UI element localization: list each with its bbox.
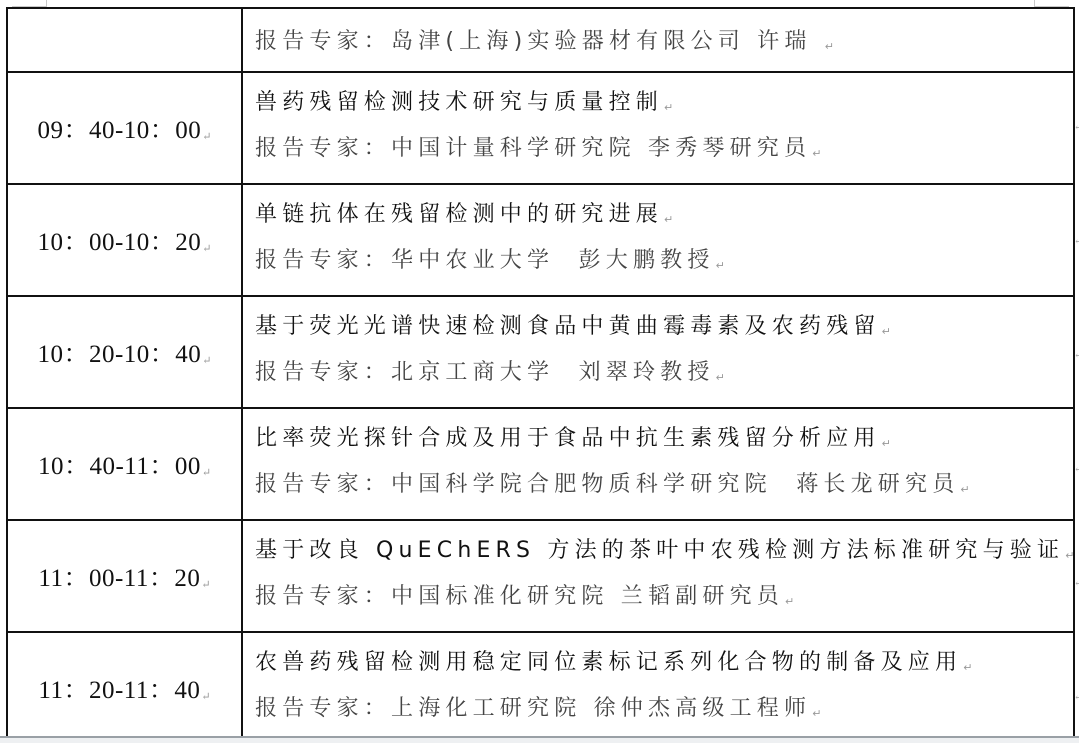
speaker-line: 报告专家：岛津(上海)实验器材有限公司 许瑞 ↵ — [255, 27, 1073, 57]
speaker-line: 报告专家：中国计量科学研究院 李秀琴研究员↵ — [255, 134, 1073, 164]
paragraph-mark-icon: ↵ — [202, 243, 211, 255]
talk-title: 基于荧光光谱快速检测食品中黄曲霉毒素及农药残留↵ — [255, 312, 1073, 342]
row-end-mark-icon: ↵ — [1074, 122, 1079, 133]
speaker-line: 报告专家：中国标准化研究院 兰韬副研究员↵ — [255, 582, 1073, 612]
window-bottom-edge — [0, 736, 1079, 743]
row-end-mark-icon: ↵ — [1074, 464, 1079, 475]
speaker-text: 报告专家：中国计量科学研究院 李秀琴研究员 — [255, 136, 811, 161]
talk-title-text: 兽药残留检测技术研究与质量控制 — [255, 90, 663, 115]
speaker-line: 报告专家：上海化工研究院 徐仲杰高级工程师↵ — [255, 694, 1073, 724]
schedule-row: 10：40-11：00↵ 比率荧光探针合成及用于食品中抗生素残留分析应用↵ 报告… — [7, 408, 1074, 520]
schedule-row: 10：00-10：20↵ 单链抗体在残留检测中的研究进展↵ 报告专家：华中农业大… — [7, 184, 1074, 296]
time-cell[interactable]: 11：00-11：20↵ — [7, 520, 242, 632]
speaker-text: 报告专家：中国标准化研究院 兰韬副研究员 — [255, 584, 784, 609]
schedule-row: 11：20-11：40↵ 农兽药残留检测用稳定同位素标记系列化合物的制备及应用↵… — [7, 632, 1074, 743]
paragraph-mark-icon: ↵ — [963, 661, 972, 674]
row-end-mark-icon: ↵ — [1074, 692, 1079, 703]
time-cell[interactable]: 11：20-11：40↵ — [7, 632, 242, 743]
paragraph-mark-icon: ↵ — [716, 259, 725, 272]
time-cell[interactable]: 09：40-10：00↵ — [7, 72, 242, 184]
paragraph-mark-icon: ↵ — [201, 579, 210, 591]
time-text: 11：00-11：20 — [38, 565, 200, 592]
paragraph-mark-icon: ↵ — [716, 371, 725, 384]
topic-cell[interactable]: 基于改良 QuEChERS 方法的茶叶中农残检测方法标准研究与验证↵ 报告专家：… — [242, 520, 1074, 632]
time-text: 10：40-11：00 — [38, 453, 201, 480]
talk-title: 农兽药残留检测用稳定同位素标记系列化合物的制备及应用↵ — [255, 648, 1073, 678]
topic-cell[interactable]: 比率荧光探针合成及用于食品中抗生素残留分析应用↵ 报告专家：中国科学院合肥物质科… — [242, 408, 1074, 520]
paragraph-mark-icon: ↵ — [785, 595, 794, 608]
talk-title: 基于改良 QuEChERS 方法的茶叶中农残检测方法标准研究与验证↵ — [255, 536, 1073, 566]
paragraph-mark-icon: ↵ — [812, 707, 821, 720]
row-end-mark-icon: ↵ — [1074, 236, 1079, 247]
paragraph-mark-icon: ↵ — [825, 40, 834, 53]
paragraph-mark-icon: ↵ — [202, 131, 211, 143]
schedule-row: 09：40-10：00↵ 兽药残留检测技术研究与质量控制↵ 报告专家：中国计量科… — [7, 72, 1074, 184]
talk-title-text: 基于荧光光谱快速检测食品中黄曲霉毒素及农药残留 — [255, 314, 881, 339]
speaker-text: 报告专家：中国科学院合肥物质科学研究院 蒋长龙研究员 — [255, 472, 959, 497]
speaker-line: 报告专家：北京工商大学 刘翠玲教授↵ — [255, 358, 1073, 388]
paragraph-mark-icon: ↵ — [664, 213, 673, 226]
speaker-text: 报告专家：华中农业大学 彭大鹏教授 — [255, 248, 715, 273]
schedule-row: 10：20-10：40↵ 基于荧光光谱快速检测食品中黄曲霉毒素及农药残留↵ 报告… — [7, 296, 1074, 408]
paragraph-mark-icon: ↵ — [960, 483, 969, 496]
speaker-text: 报告专家：岛津(上海)实验器材有限公司 许瑞 — [255, 29, 824, 54]
talk-title: 单链抗体在残留检测中的研究进展↵ — [255, 200, 1073, 230]
talk-title-text: 单链抗体在残留检测中的研究进展 — [255, 202, 663, 227]
schedule-row: 报告专家：岛津(上海)实验器材有限公司 许瑞 ↵ — [7, 8, 1074, 72]
paragraph-mark-icon: ↵ — [882, 437, 891, 450]
time-cell[interactable]: 10：40-11：00↵ — [7, 408, 242, 520]
speaker-line: 报告专家：中国科学院合肥物质科学研究院 蒋长龙研究员↵ — [255, 470, 1073, 500]
time-cell[interactable]: 10：20-10：40↵ — [7, 296, 242, 408]
paragraph-mark-icon: ↵ — [664, 101, 673, 114]
talk-title: 兽药残留检测技术研究与质量控制↵ — [255, 88, 1073, 118]
time-cell[interactable] — [7, 8, 242, 72]
talk-title: 比率荧光探针合成及用于食品中抗生素残留分析应用↵ — [255, 424, 1073, 454]
speaker-line: 报告专家：华中农业大学 彭大鹏教授↵ — [255, 246, 1073, 276]
topic-cell[interactable]: 单链抗体在残留检测中的研究进展↵ 报告专家：华中农业大学 彭大鹏教授↵ — [242, 184, 1074, 296]
row-end-mark-icon: ↵ — [1074, 350, 1079, 361]
time-text: 10：00-10：20 — [37, 229, 201, 256]
topic-cell[interactable]: 兽药残留检测技术研究与质量控制↵ 报告专家：中国计量科学研究院 李秀琴研究员↵ — [242, 72, 1074, 184]
time-text: 11：20-11：40 — [38, 677, 200, 704]
paragraph-mark-icon: ↵ — [202, 467, 211, 479]
page-corner-marker-right — [1034, 0, 1069, 7]
time-cell[interactable]: 10：00-10：20↵ — [7, 184, 242, 296]
topic-cell[interactable]: 报告专家：岛津(上海)实验器材有限公司 许瑞 ↵ — [242, 8, 1074, 72]
talk-title-text: 基于改良 QuEChERS 方法的茶叶中农残检测方法标准研究与验证 — [255, 538, 1064, 563]
row-end-mark-icon: ↵ — [1074, 578, 1079, 589]
speaker-text: 报告专家：北京工商大学 刘翠玲教授 — [255, 360, 715, 385]
paragraph-mark-icon: ↵ — [1065, 549, 1074, 562]
time-text: 10：20-10：40 — [37, 341, 201, 368]
talk-title-text: 比率荧光探针合成及用于食品中抗生素残留分析应用 — [255, 426, 881, 451]
schedule-row: 11：00-11：20↵ 基于改良 QuEChERS 方法的茶叶中农残检测方法标… — [7, 520, 1074, 632]
schedule-table: 报告专家：岛津(上海)实验器材有限公司 许瑞 ↵ 09：40-10：00↵ 兽药… — [6, 7, 1075, 743]
speaker-text: 报告专家：上海化工研究院 徐仲杰高级工程师 — [255, 696, 811, 721]
talk-title-text: 农兽药残留检测用稳定同位素标记系列化合物的制备及应用 — [255, 650, 962, 675]
topic-cell[interactable]: 农兽药残留检测用稳定同位素标记系列化合物的制备及应用↵ 报告专家：上海化工研究院… — [242, 632, 1074, 743]
paragraph-mark-icon: ↵ — [882, 325, 891, 338]
paragraph-mark-icon: ↵ — [812, 147, 821, 160]
paragraph-mark-icon: ↵ — [201, 691, 210, 703]
page-corner-marker-left — [12, 0, 47, 7]
topic-cell[interactable]: 基于荧光光谱快速检测食品中黄曲霉毒素及农药残留↵ 报告专家：北京工商大学 刘翠玲… — [242, 296, 1074, 408]
paragraph-mark-icon: ↵ — [202, 355, 211, 367]
time-text: 09：40-10：00 — [37, 117, 201, 144]
